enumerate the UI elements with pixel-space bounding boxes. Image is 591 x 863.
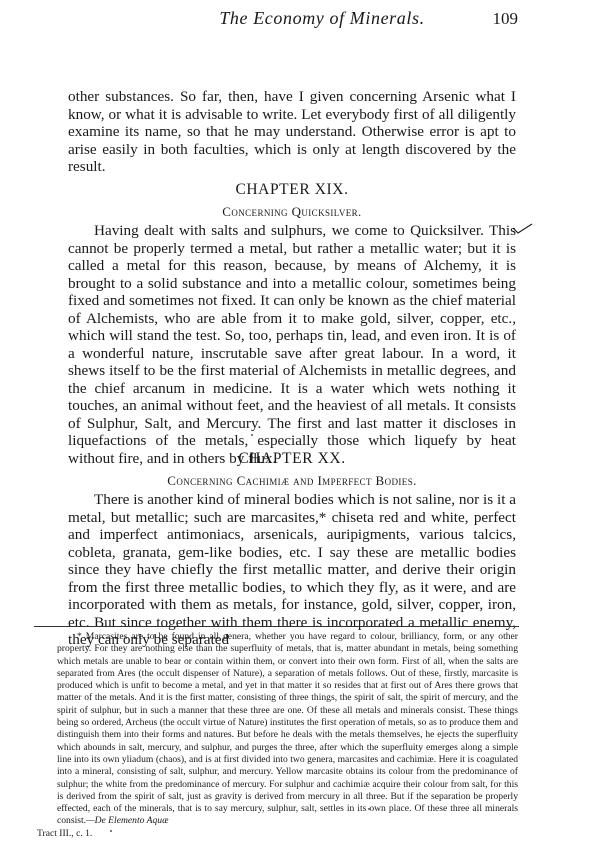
chapter-xx-subtitle: Concerning Cachimiæ and Imperfect Bodies…	[68, 473, 516, 489]
opening-text: other substances. So far, then, have I g…	[68, 88, 516, 176]
chapter-xix-text: Having dealt with salts and sulphurs, we…	[68, 222, 516, 467]
footnote-citation: —De Elemento Aquæ	[86, 815, 168, 826]
page-number: 109	[493, 9, 519, 29]
check-mark-icon	[512, 222, 534, 236]
chapter-xx-title: CHAPTER XX.	[68, 450, 516, 468]
footnote-rule	[34, 626, 519, 627]
running-title: The Economy of Minerals.	[68, 8, 516, 29]
running-head: The Economy of Minerals. 109	[68, 2, 516, 32]
book-page: The Economy of Minerals. 109 other subst…	[0, 0, 591, 863]
chapter-xx-text: There is another kind of mineral bodies …	[68, 491, 516, 649]
opening-paragraph: other substances. So far, then, have I g…	[68, 88, 516, 176]
speck	[251, 434, 253, 436]
speck	[110, 830, 112, 832]
chapter-xx-body: There is another kind of mineral bodies …	[68, 491, 516, 649]
footnote-text: * Marcasites are to be found in all gene…	[57, 631, 518, 826]
chapter-xix-subtitle: Concerning Quicksilver.	[68, 204, 516, 220]
speck	[368, 808, 370, 810]
footnote: * Marcasites are to be found in all gene…	[57, 631, 518, 840]
footnote-paragraph: * Marcasites are to be found in all gene…	[57, 631, 518, 840]
chapter-xix-title: CHAPTER XIX.	[68, 181, 516, 199]
chapter-xix-body: Having dealt with salts and sulphurs, we…	[68, 222, 516, 467]
footnote-citation-tail: Tract III., c. 1.	[37, 828, 92, 839]
